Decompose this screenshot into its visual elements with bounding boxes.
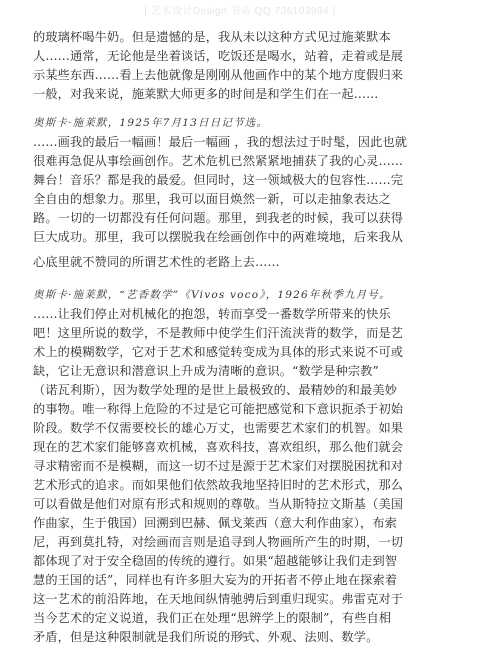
text-line: 尼，再到莫扎特，对绘画而言则是追寻到人物画所产生的时期，一切 — [33, 533, 313, 552]
text-line: 都体现了对于安全稳固的传统的遵行。如果“超越能够让我们走到智 — [33, 552, 313, 571]
text-line: 当今艺术的定义说道，我们正在处理“思辨学上的限制”，有些自相 — [33, 609, 313, 628]
text-line: ……让我们停止对机械化的抱怨，转而享受一番数学所带来的快乐 — [33, 305, 313, 324]
source-caption-1925: 奥斯卡·施莱默，1925年7月13日日记节选。 — [33, 114, 313, 133]
text-line: 心底里就不赞同的所谓艺术性的老路上去…… — [33, 253, 313, 272]
source-caption-1926: 奥斯卡·施莱默，“艺香数学”《Vivos voco》，1926年秋季九月号。 — [33, 286, 313, 305]
text-line: 的玻璃杯喝牛奶。但是遗憾的是，我从未以这种方式见过施莱默本 — [33, 28, 313, 47]
text-line: 舞台！音乐？都是我的最爱。但同时，这一领域极大的包容性……完 — [33, 171, 313, 190]
text-line: 可以看做是他们对原有形式和规则的尊敬。当从斯特拉文斯基（美国 — [33, 495, 313, 514]
text-line: 的事物。唯一称得上危险的不过是它可能把感觉和下意识扼杀于初始 — [33, 400, 313, 419]
spacer — [33, 104, 313, 114]
text-line: 吧！这里所说的数学，不是教师中使学生们汗流浃背的数学，而是艺 — [33, 324, 313, 343]
text-line: 示某些东西……看上去他就像是刚刚从他画作中的某个地方度假归来 — [33, 66, 313, 85]
spacer — [33, 272, 313, 286]
text-line: 缺，它让无意识和潜意识上升成为清晰的意识。“数学是种宗教” — [33, 362, 313, 381]
page-body: 的玻璃杯喝牛奶。但是遗憾的是，我从未以这种方式见过施莱默本 人……通常，无论他是… — [33, 28, 313, 647]
text-line: 巨大成功。那里，我可以摆脱我在绘画创作中的两难境地，后来我从 — [33, 228, 313, 247]
text-line: 现在的艺术家们能够喜欢机械，喜欢科技，喜欢组织，那么他们就会 — [33, 438, 313, 457]
text-line: 术上的模糊数学，它对于艺术和感觉转变成为具体的形式来说不可或 — [33, 343, 313, 362]
quote-1925: ……画我的最后一幅画！最后一幅画 ，我的想法过于时髦，因此也就 很难再急促从事绘… — [33, 133, 313, 272]
text-line: （诺瓦利斯），因为数学处理的是世上最极致的、最精妙的和最美妙 — [33, 381, 313, 400]
text-line: ……画我的最后一幅画！最后一幅画 ，我的想法过于时髦，因此也就 — [33, 133, 313, 152]
paragraph-intro: 的玻璃杯喝牛奶。但是遗憾的是，我从未以这种方式见过施莱默本 人……通常，无论他是… — [33, 28, 313, 104]
text-line: 慧的王国的话”，同样也有许多胆大妄为的开拓者不停止地在探索着 — [33, 571, 313, 590]
text-line: 这一艺术的前沿阵地，在天地间纵情驰骋后到重归现实。弗雷克对于 — [33, 590, 313, 609]
quote-1926: ……让我们停止对机械化的抱怨，转而享受一番数学所带来的快乐 吧！这里所说的数学，… — [33, 305, 313, 647]
text-line: 作曲家，生于俄国）回溯到巴赫、佩戈莱西（意大利作曲家），布索 — [33, 514, 313, 533]
text-line: 很难再急促从事绘画创作。艺术危机已然紧紧地捕获了我的心灵…… — [33, 152, 313, 171]
text-line: 阶段。数学不仅需要校长的雄心万丈，也需要艺术家们的机智。如果 — [33, 419, 313, 438]
text-line: 一般，对我来说，施莱默大师更多的时间是和学生们在一起…… — [33, 85, 313, 104]
text-line: 艺术形式的追求。而如果他们依然故我地坚持旧时的艺术形式，那么 — [33, 476, 313, 495]
page-number: 190 — [0, 631, 480, 640]
text-line: 路。一切的一切都没有任何问题。那里，到我老的时候，我可以获得 — [33, 209, 313, 228]
text-line: 全自由的想象力。那里，我可以面目焕然一新，可以走抽象表达之 — [33, 190, 313, 209]
text-line: 人……通常，无论他是坐着谈话，吃饭还是喝水，站着，走着或是展 — [33, 47, 313, 66]
text-line: 寻求精密而不是模糊，而这一切不过是源于艺术家们对摆脱困扰和对 — [33, 457, 313, 476]
watermark: [ 艺术设计Design 书坊 QQ 736103994 ] — [0, 2, 480, 17]
